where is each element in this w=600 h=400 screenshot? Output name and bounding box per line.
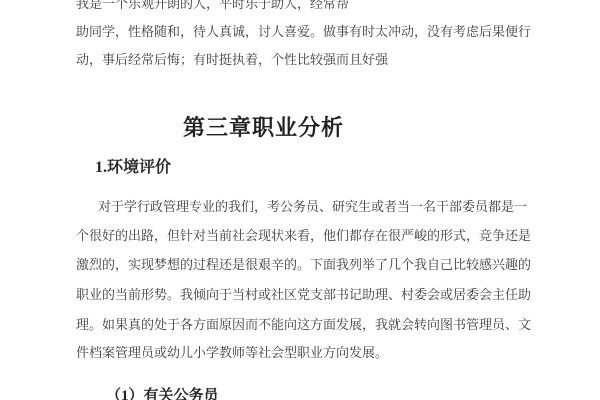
sub-item-heading: （1）有关公务员 <box>106 384 219 400</box>
body-paragraph-line: 理。如果真的处于各方面原因而不能向这方面发展，我就会转向图书管理员、文 <box>76 311 531 339</box>
body-paragraph-line: 激烈的，实现梦想的过程还是很艰辛的。下面我列举了几个我自己比较感兴趣的 <box>76 251 531 279</box>
document-page: 我是一个乐观开朗的人，平时乐于助人，经常帮 助同学，性格随和，待人真诚，讨人喜爱… <box>0 0 600 400</box>
body-paragraph-line: 对于学行政管理专业的我们，考公务员、研究生或者当一名干部委员都是一 <box>98 193 527 221</box>
top-paragraph-line: 动，事后经常后悔；有时挺执着，个性比较强而且好强 <box>76 46 388 74</box>
body-paragraph-line: 职业的当前形势。我倾向于当村或社区党支部书记助理、村委会或居委会主任助 <box>76 281 531 309</box>
top-paragraph-clipped-line: 我是一个乐观开朗的人，平时乐于助人，经常帮 <box>76 0 349 18</box>
chapter-heading: 第三章职业分析 <box>183 111 344 142</box>
top-paragraph-line: 助同学，性格随和，待人真诚，讨人喜爱。做事有时太冲动，没有考虑后果便行 <box>76 18 531 46</box>
section-heading: 1.环境评价 <box>95 154 171 177</box>
body-paragraph-line: 个很好的出路，但针对当前社会现状来看，他们都存在很严峻的形式，竞争还是 <box>76 222 531 250</box>
body-paragraph-line: 件档案管理员或幼儿小学教师等社会型职业方向发展。 <box>76 339 388 367</box>
